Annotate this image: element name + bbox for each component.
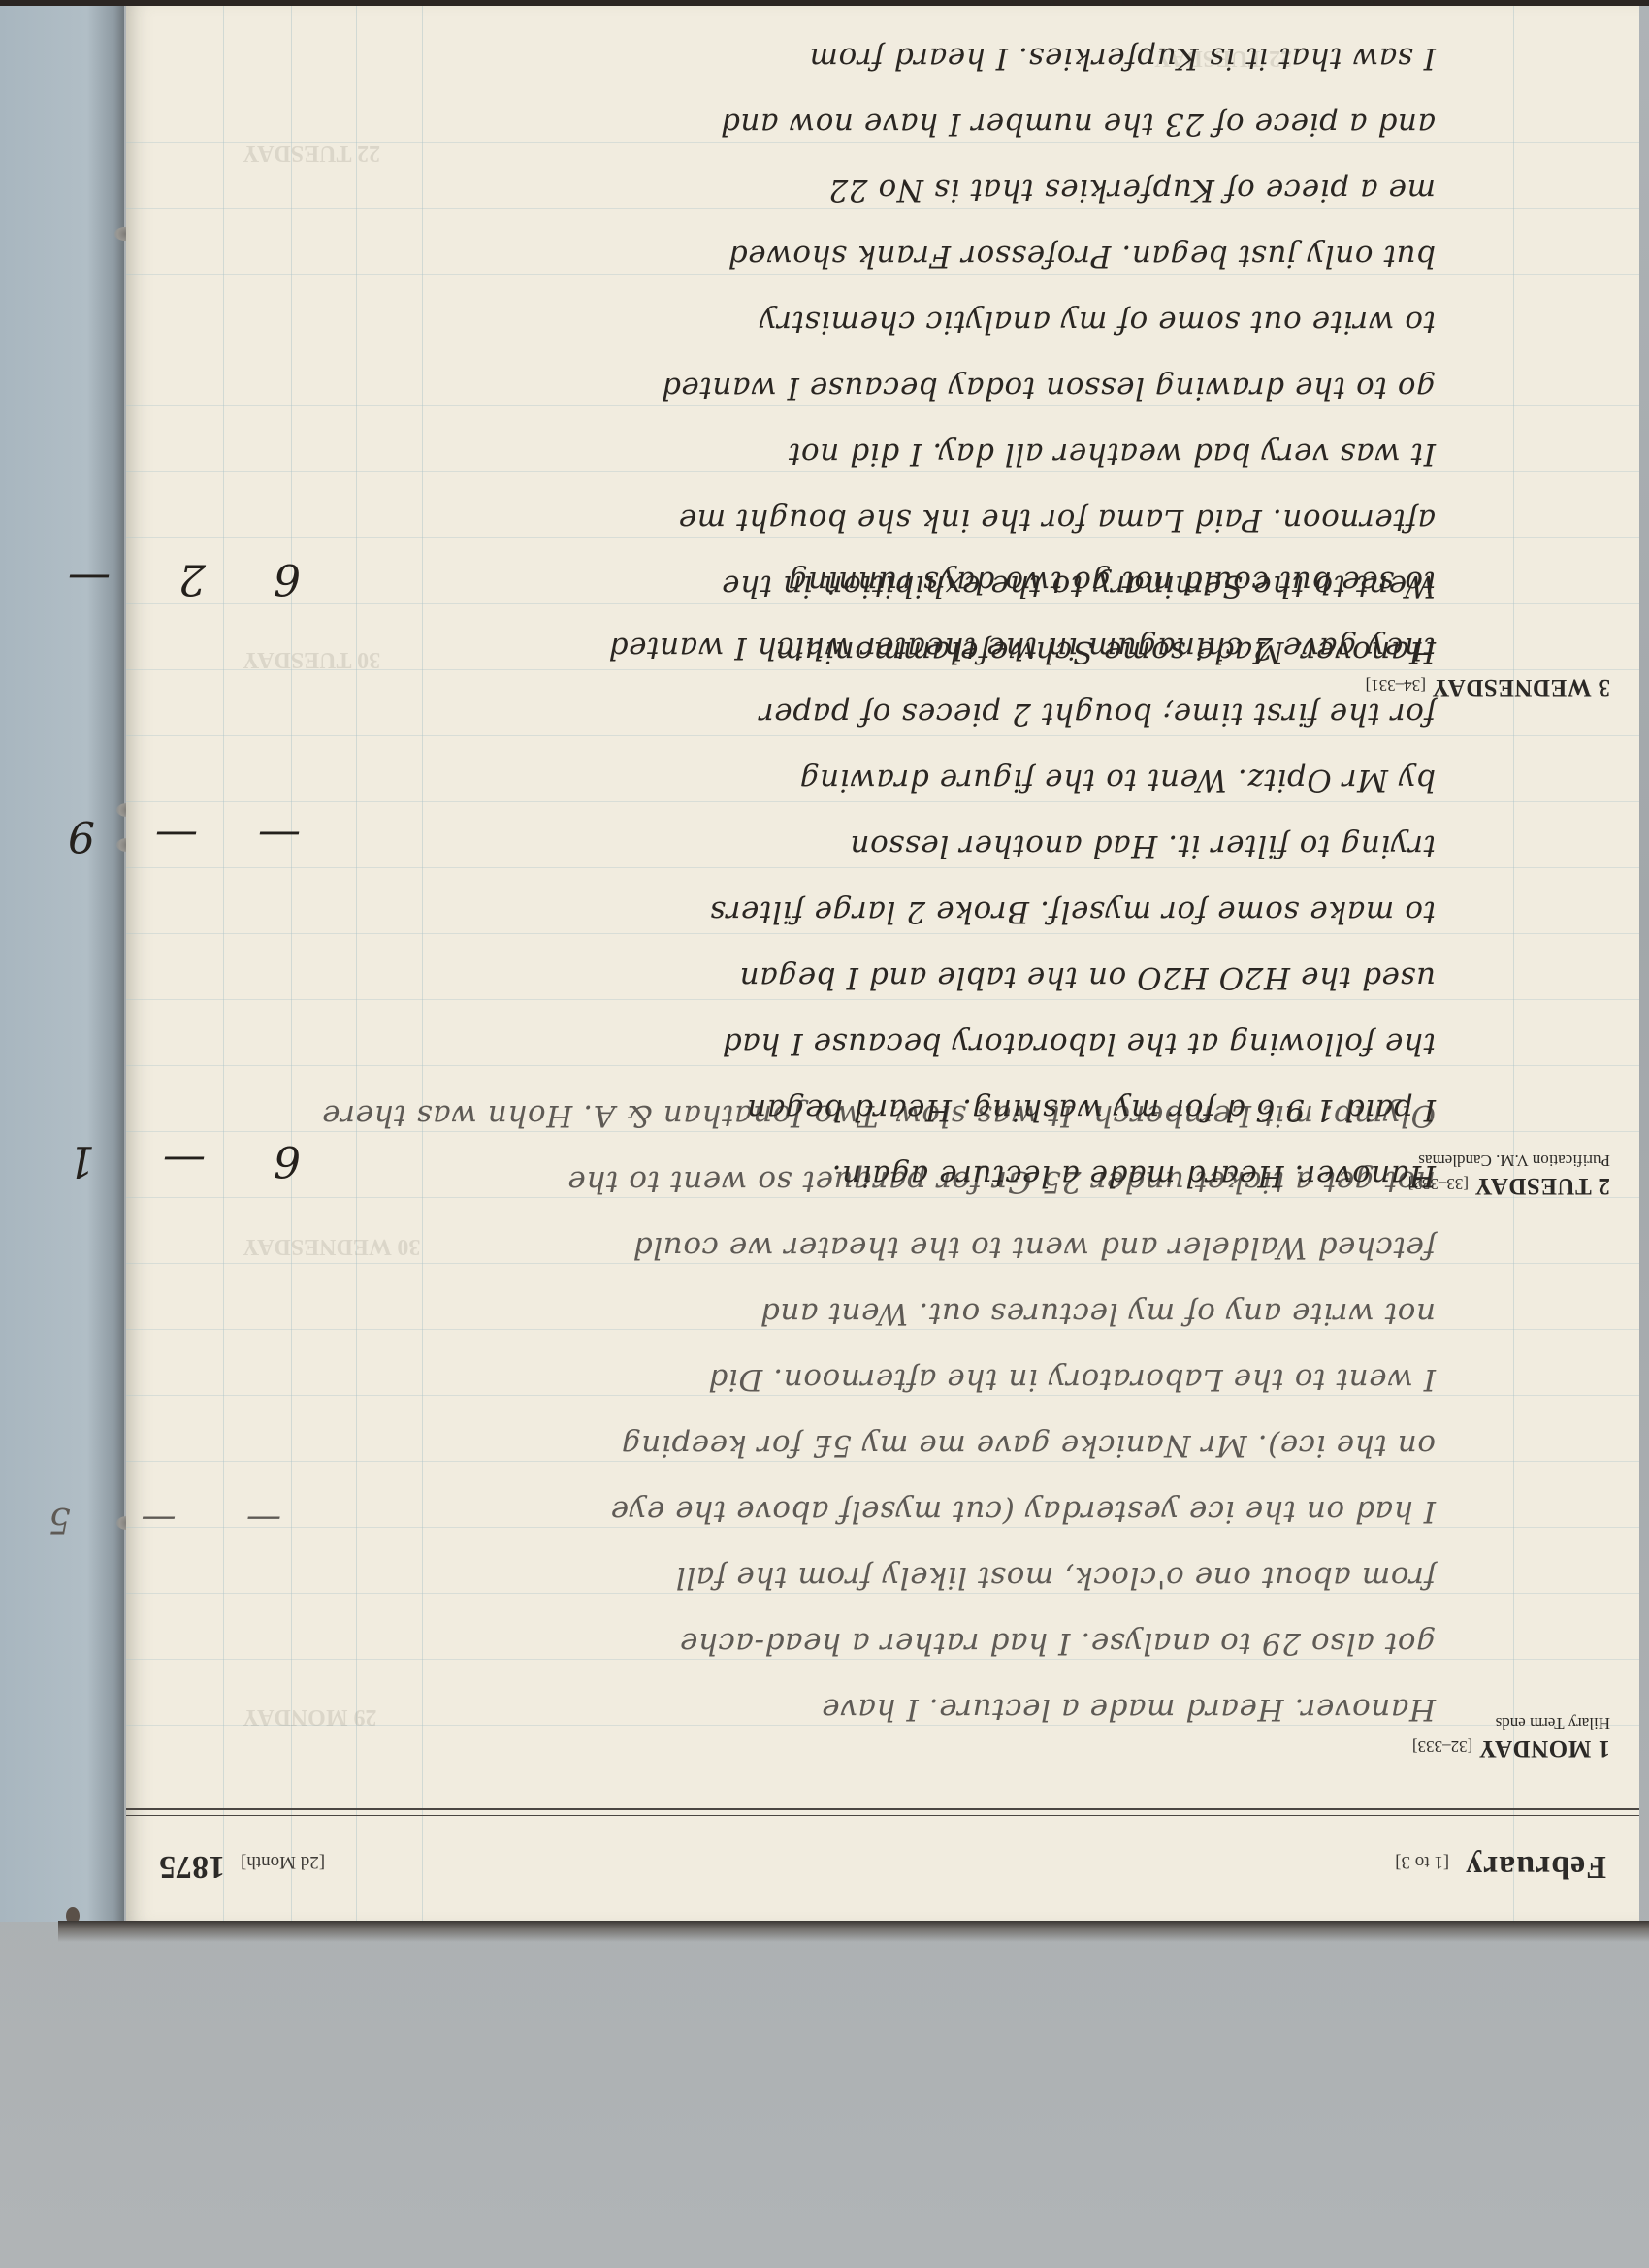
entry-line: and a piece of 23 the number I have now … [378, 91, 1436, 157]
amount-pence: — [246, 1500, 281, 1539]
entry-line: trying to filter it. Had another lesson [378, 813, 1436, 879]
amount-pence: 6 [274, 1136, 301, 1185]
entry-line: on the ice). Mr Nanicke gave me my 5£ fo… [378, 1412, 1436, 1478]
amount-shillings: — [155, 811, 198, 860]
diary-page: 22 TUESDAY 22 TUESDAY 30 TUESDAY 30 WEDN… [126, 6, 1639, 1922]
amount-pence: — [258, 811, 301, 860]
entry-line: I paid 1 9 6 d for my washing. Heard beg… [378, 1077, 1436, 1143]
header-day-range: [1 to 3] [1395, 1852, 1449, 1872]
book-binding-strip [0, 6, 124, 1922]
day-title: 2 TUESDAY [1474, 1173, 1610, 1199]
amount-wednesday: 6 2 — [68, 554, 301, 603]
day-title: 1 MONDAY [1478, 1735, 1610, 1762]
header-right: [2d Month] 1875 [159, 1848, 325, 1885]
amount-shillings: — [141, 1500, 176, 1539]
entry-line: Hanover. Heard made a lecture. I have [378, 1676, 1436, 1742]
entry-line: afternoon. Paid Lama for the ink she bou… [378, 487, 1436, 553]
entry-line: I went to the Laboratory in the afternoo… [378, 1346, 1436, 1412]
entry-line: me a piece of Kupferkies that is No 22 [378, 157, 1436, 223]
entry-line: not write any of my lectures out. Went a… [378, 1280, 1436, 1346]
amount-pounds: 1 [68, 1136, 95, 1185]
header-left: February [1 to 3] [1395, 1848, 1606, 1885]
entry-tuesday: Hanover. Heard made a lecture again. I p… [378, 704, 1436, 1209]
amount-wednesday-extra: — — 9 [68, 811, 301, 860]
entry-line: It was very bad weather all day. I did n… [378, 421, 1436, 487]
entry-line: by Mr Opitz. Went to the figure drawing [378, 747, 1436, 813]
margin-rule [1513, 6, 1514, 1922]
amount-pounds: 5 [48, 1500, 71, 1539]
amount-pence: 6 [274, 554, 301, 603]
entry-line: got also 29 to analyse. I had rather a h… [378, 1610, 1436, 1676]
entry-line: from about one o'clock, most likely from… [378, 1544, 1436, 1610]
cash-column-rule [291, 6, 292, 1922]
amount-shillings: — [163, 1136, 206, 1185]
entry-wednesday: Hanover. Made some Schwefelammonium Went… [378, 54, 1436, 685]
amount-shillings: 2 [178, 554, 206, 603]
cash-column-rule [356, 6, 357, 1922]
ghost-heading: 30 TUESDAY [242, 646, 380, 672]
entry-line: Hanover. Heard made a lecture again. [378, 1143, 1436, 1209]
entry-line: I had on the ice yesterday (cut myself a… [378, 1478, 1436, 1544]
entry-line: I saw that it is Kupferkies. I heard fro… [378, 25, 1436, 91]
entry-line: Hanover. Made some Schwefelammonium [378, 619, 1436, 685]
amount-pounds: — [68, 554, 111, 603]
entry-line: the following at the laboratory because … [378, 1011, 1436, 1077]
header-double-rule [126, 1808, 1639, 1816]
ghost-heading: 22 TUESDAY [242, 140, 380, 166]
entry-line: used the H2O H2O on the table and I bega… [378, 945, 1436, 1011]
cash-column-rule [223, 6, 224, 1922]
amount-pounds: 9 [68, 811, 95, 860]
amount-tuesday: 6 — 1 [68, 1136, 301, 1185]
ghost-heading: 29 MONDAY [242, 1703, 376, 1730]
header-year: 1875 [159, 1849, 225, 1885]
entry-line: go to the drawing lesson today because I… [378, 355, 1436, 421]
entry-line: Mr Berg the other day that it contained [378, 0, 1436, 25]
day-title: 3 WEDNESDAY [1432, 674, 1610, 700]
entry-line: to make some for myself. Broke 2 large f… [378, 879, 1436, 945]
header-month-number: [2d Month] [241, 1852, 325, 1872]
entry-line: Went to the Seminary to the exhibition i… [378, 553, 1436, 619]
header-month: February [1465, 1849, 1606, 1885]
page-header: February [1 to 3] [2d Month] 1875 [126, 1837, 1639, 1895]
page-bottom-shadow [58, 1921, 1649, 1942]
entry-line: to write out some of my analytic chemist… [378, 289, 1436, 355]
amount-monday: — — 5 [48, 1500, 281, 1539]
entry-line: fetched Waldeler and went to the theater… [378, 1215, 1436, 1280]
entry-line: but only just began. Professor Frank sho… [378, 223, 1436, 289]
